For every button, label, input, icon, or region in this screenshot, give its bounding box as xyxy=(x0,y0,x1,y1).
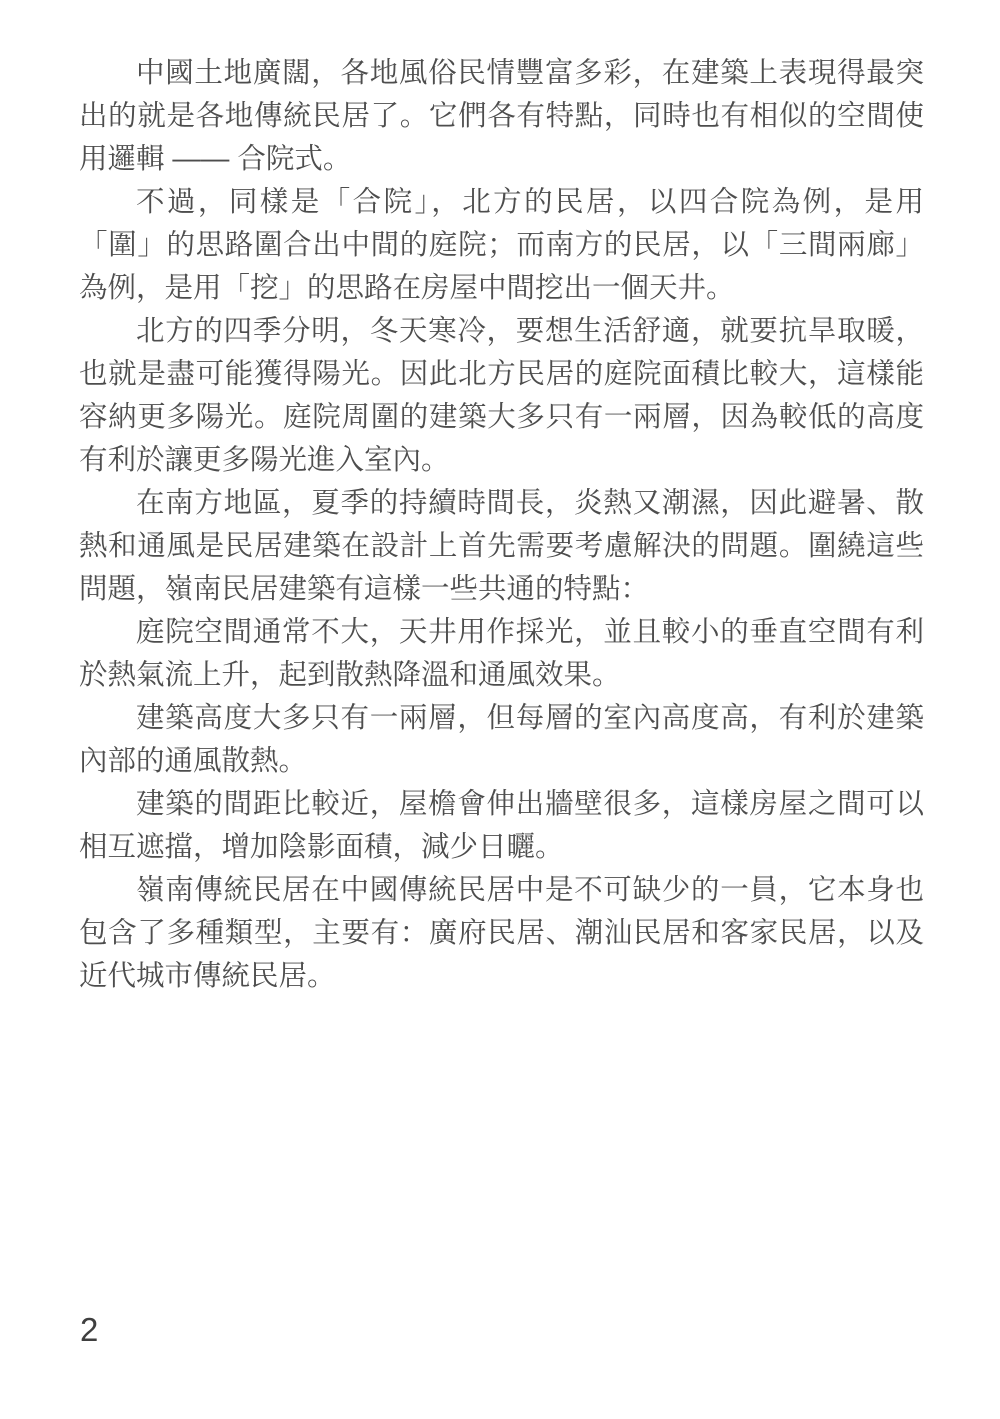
paragraph: 不過，同樣是「合院」，北方的民居，以四合院為例，是用「圍」的思路圍合出中間的庭院… xyxy=(79,181,924,310)
body-text: 中國土地廣闊，各地風俗民情豐富多彩，在建築上表現得最突出的就是各地傳統民居了。它… xyxy=(79,52,924,998)
page-number: 2 xyxy=(80,1308,98,1352)
document-page: 中國土地廣闊，各地風俗民情豐富多彩，在建築上表現得最突出的就是各地傳統民居了。它… xyxy=(0,0,1000,1419)
paragraph: 建築高度大多只有一兩層，但每層的室內高度高，有利於建築內部的通風散熱。 xyxy=(79,697,924,783)
paragraph: 嶺南傳統民居在中國傳統民居中是不可缺少的一員，它本身也包含了多種類型，主要有：廣… xyxy=(79,869,924,998)
paragraph: 在南方地區，夏季的持續時間長，炎熱又潮濕，因此避暑、散熱和通風是民居建築在設計上… xyxy=(79,482,924,611)
paragraph: 建築的間距比較近，屋檐會伸出牆壁很多，這樣房屋之間可以相互遮擋，增加陰影面積，減… xyxy=(79,783,924,869)
paragraph: 中國土地廣闊，各地風俗民情豐富多彩，在建築上表現得最突出的就是各地傳統民居了。它… xyxy=(79,52,924,181)
paragraph: 北方的四季分明，冬天寒冷，要想生活舒適，就要抗旱取暖，也就是盡可能獲得陽光。因此… xyxy=(79,310,924,482)
paragraph: 庭院空間通常不大，天井用作採光，並且較小的垂直空間有利於熱氣流上升，起到散熱降溫… xyxy=(79,611,924,697)
